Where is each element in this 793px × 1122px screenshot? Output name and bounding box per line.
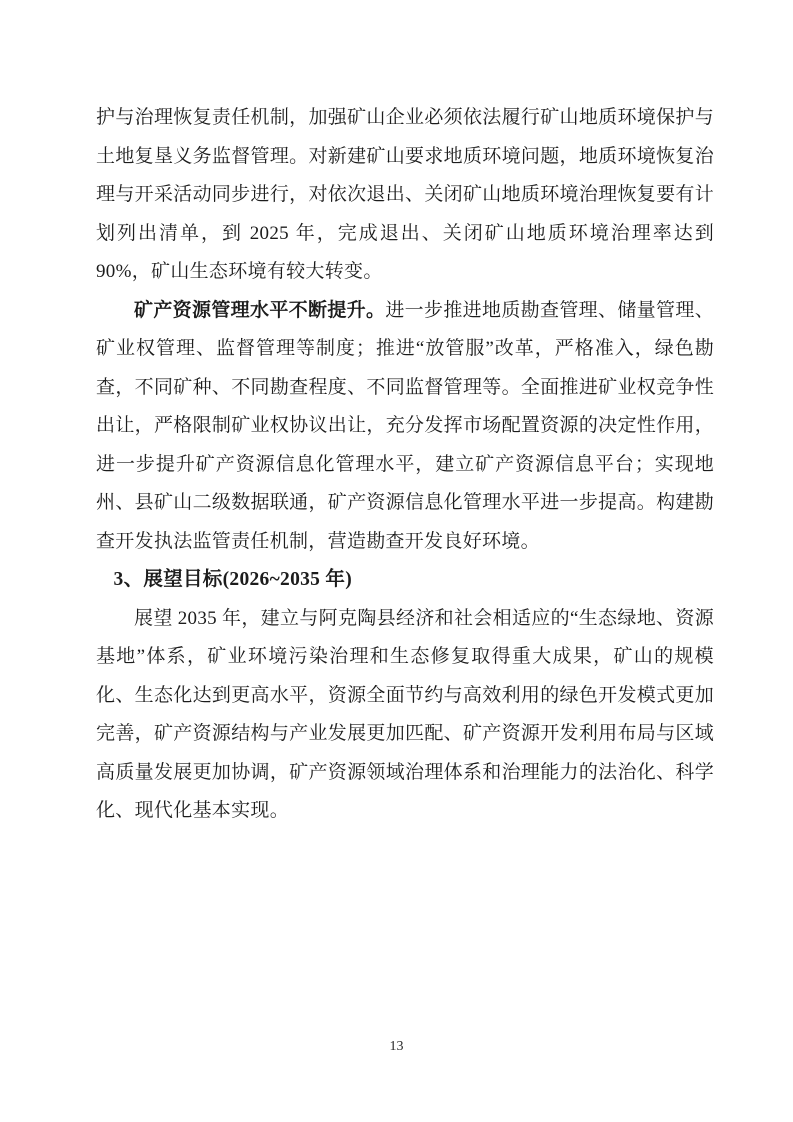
- bold-lead-sentence: 矿产资源管理水平不断提升。: [134, 300, 385, 321]
- page-number: 13: [0, 1038, 793, 1056]
- body-paragraph-1: 护与治理恢复责任机制，加强矿山企业必须依法履行矿山地质环境保护与土地复垦义务监督…: [96, 99, 714, 292]
- body-paragraph-2: 矿产资源管理水平不断提升。进一步推进地质勘查管理、储量管理、矿业权管理、监督管理…: [96, 292, 714, 562]
- document-body: 护与治理恢复责任机制，加强矿山企业必须依法履行矿山地质环境保护与土地复垦义务监督…: [96, 99, 714, 831]
- section-heading: 3、展望目标(2026~2035 年): [96, 561, 714, 600]
- document-page: 护与治理恢复责任机制，加强矿山企业必须依法履行矿山地质环境保护与土地复垦义务监督…: [0, 0, 793, 1122]
- body-paragraph-3: 展望 2035 年，建立与阿克陶县经济和社会相适应的“生态绿地、资源基地”体系，…: [96, 600, 714, 831]
- body-paragraph-2-text: 进一步推进地质勘查管理、储量管理、矿业权管理、监督管理等制度；推进“放管服”改革…: [96, 300, 714, 552]
